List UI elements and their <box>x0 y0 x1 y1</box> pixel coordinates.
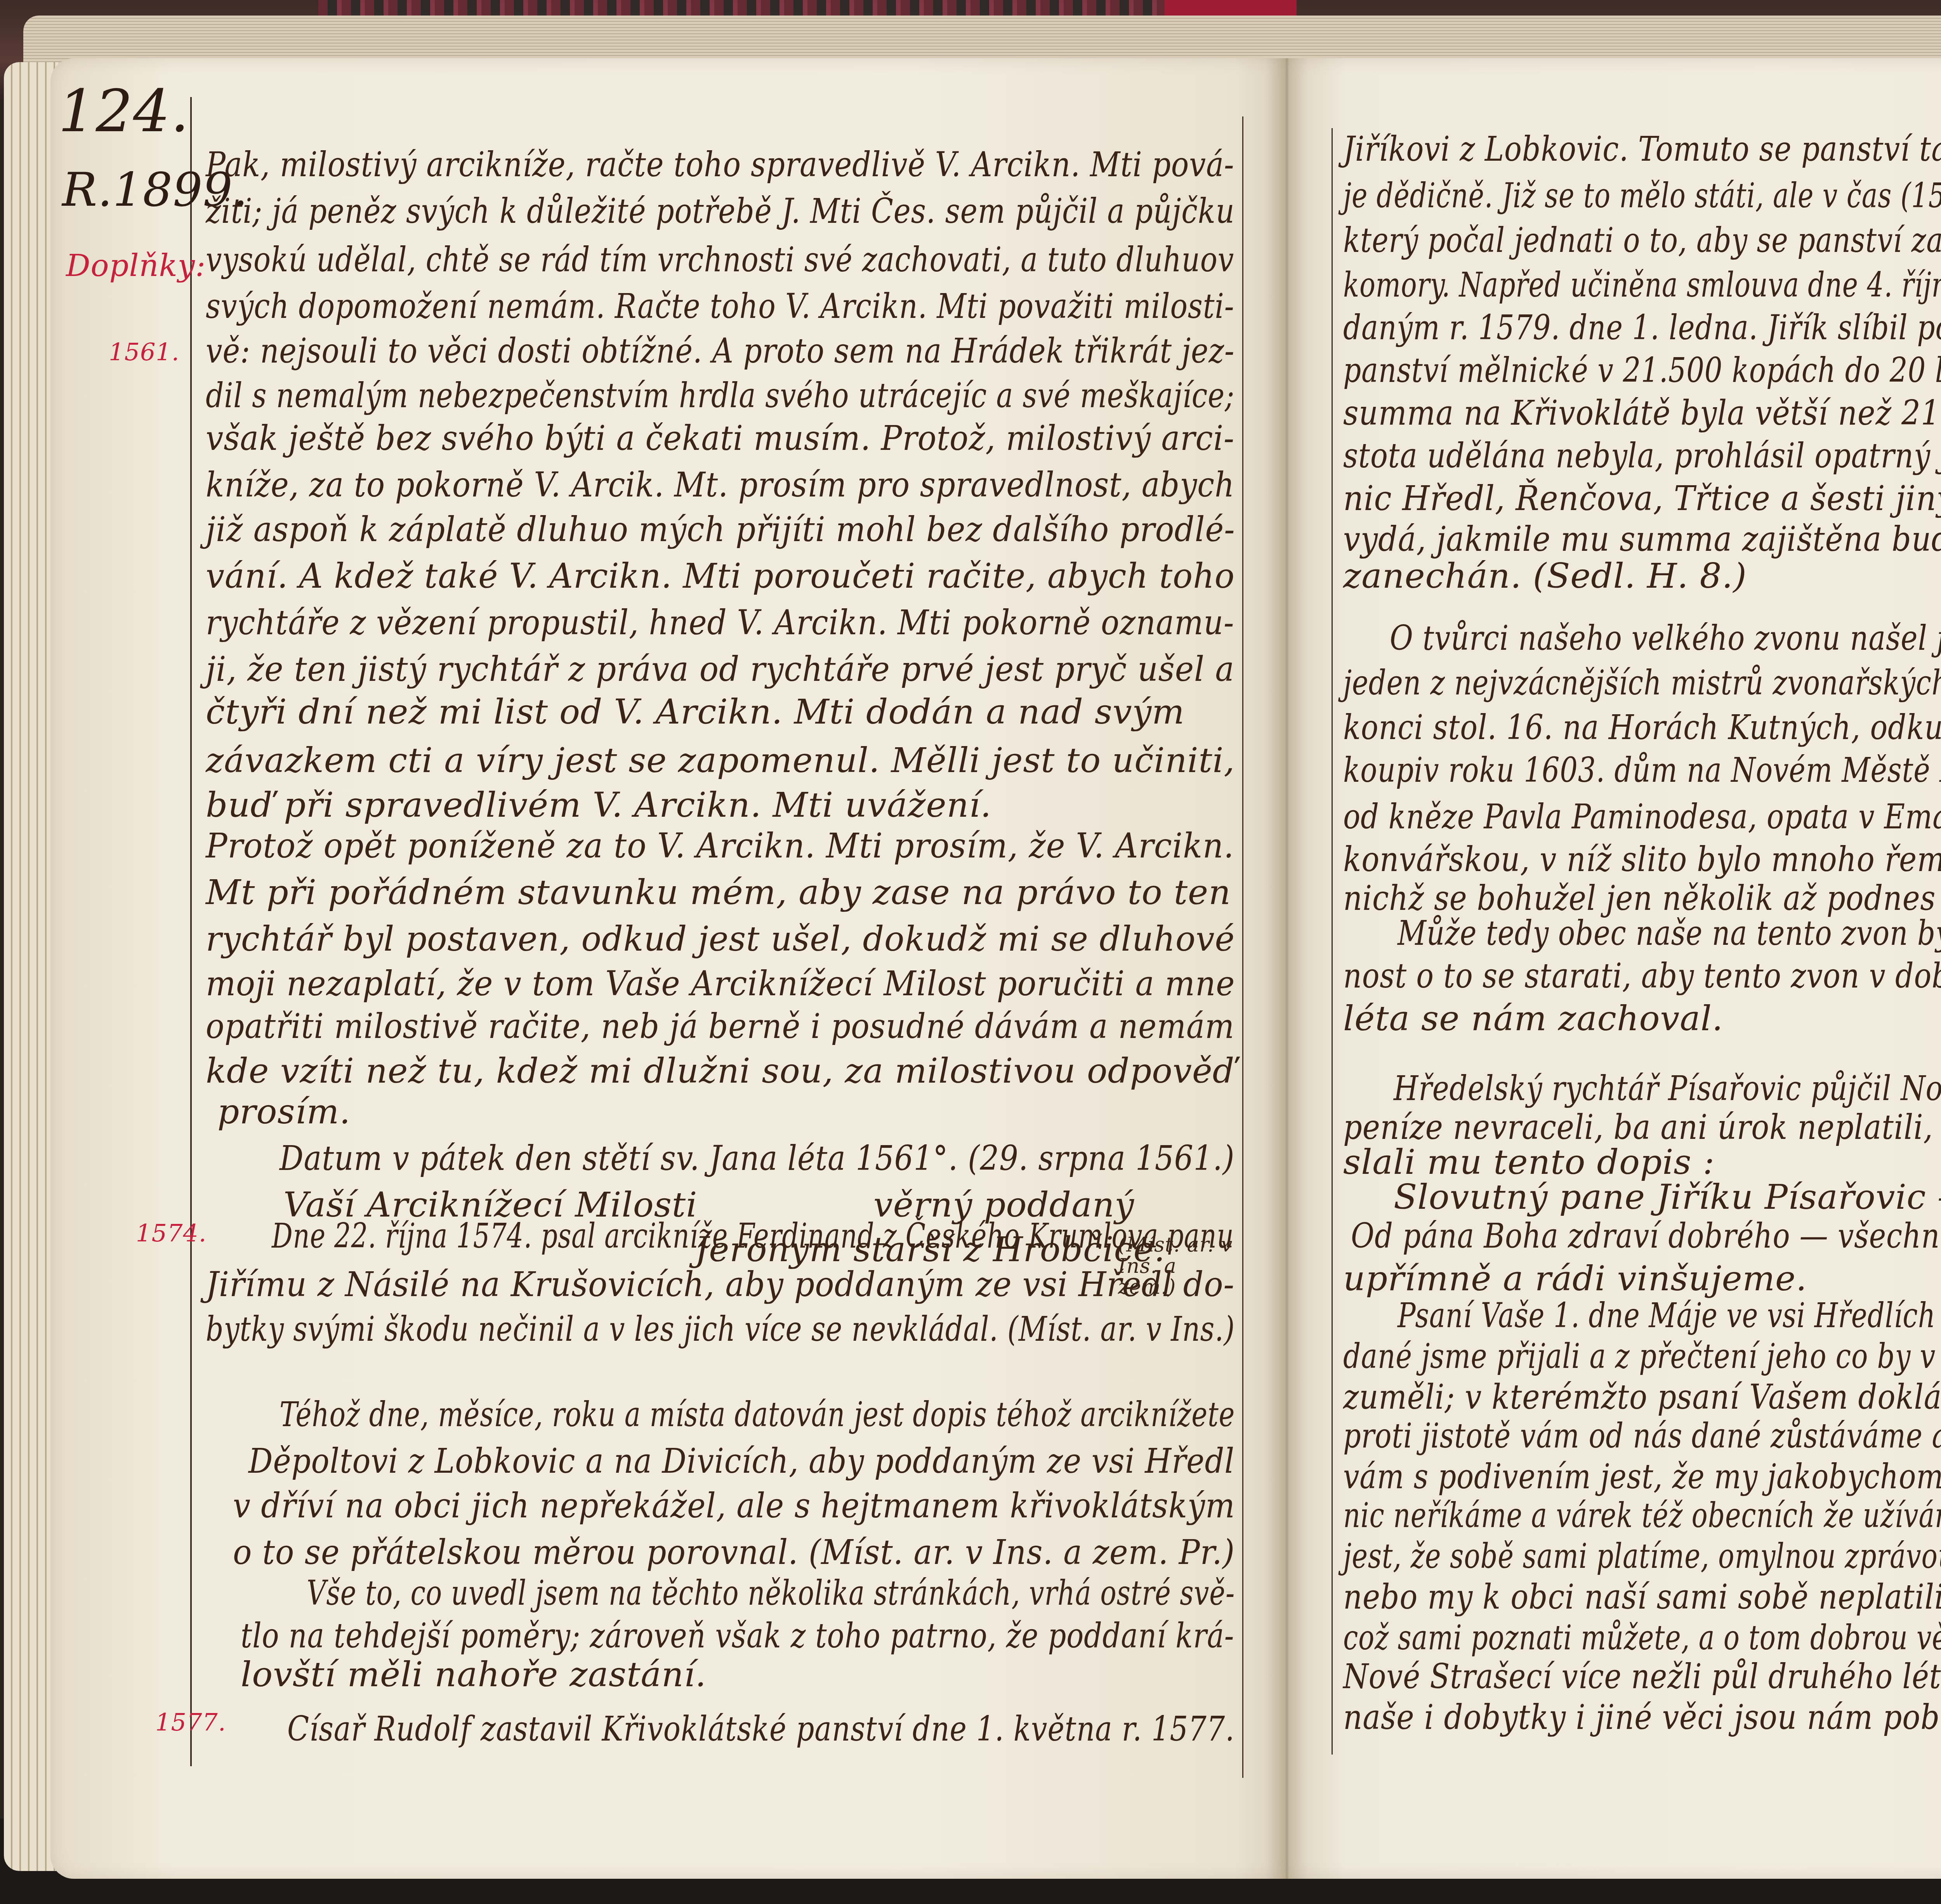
text-line: Dne 22. října 1574. psal arcikníže Ferdi… <box>272 1219 1234 1253</box>
text-line: upřímně a rádi vinšujeme. <box>1343 1262 1807 1296</box>
section-label-left: Doplňky: <box>66 248 206 283</box>
text-line: od kněze Pavla Paminodesa, opata v Emauz… <box>1343 800 1941 834</box>
text-line: je dědičně. Již se to mělo státi, ale v … <box>1343 179 1941 213</box>
text-line: Vše to, co uvedl jsem na těchto několika… <box>307 1576 1235 1610</box>
text-line: peníze nevraceli, ba ani úrok neplatili,… <box>1343 1110 1941 1144</box>
right-page-left-rule <box>1332 128 1333 1755</box>
text-line: ji, že ten jistý rychtář z práva od rych… <box>206 652 1234 686</box>
text-line: rychtář byl postaven, odkud jest ušel, d… <box>206 922 1235 956</box>
text-line: lovští měli nahoře zastání. <box>241 1658 707 1692</box>
text-line: summa na Křivoklátě byla větší než 21.50… <box>1343 396 1941 430</box>
text-line: Protož opět poníženě za to V. Arcikn. Mt… <box>206 829 1234 863</box>
text-line: léta se nám zachoval. <box>1343 1001 1723 1036</box>
margin-year-1577: 1577. <box>155 1708 226 1736</box>
text-line: Nové Strašecí více nežli půl druhého lét… <box>1343 1659 1941 1694</box>
text-line: nost o to se starati, aby tento zvon v d… <box>1343 959 1941 993</box>
text-line: svých dopomožení nemám. Račte toho V. Ar… <box>206 289 1234 323</box>
text-line: stota udělána nebyla, prohlásil opatrný … <box>1343 439 1941 473</box>
text-line: Mt při pořádném stavunku mém, aby zase n… <box>206 875 1231 909</box>
text-line: prosím. <box>217 1095 351 1129</box>
text-line: rychtáře z vězení propustil, hned V. Arc… <box>206 606 1234 640</box>
text-line: což sami poznati můžete, a o tom dobrou … <box>1343 1621 1941 1655</box>
text-line: Hředelský rychtář Písařovic půjčil Novos… <box>1394 1071 1941 1106</box>
text-line: slali mu tento dopis : <box>1343 1145 1715 1179</box>
text-line: však ještě bez svého býti a čekati musím… <box>206 421 1234 455</box>
text-line: koupiv roku 1603. dům na Novém Městě Pra… <box>1343 753 1941 787</box>
text-line: Psaní Vaše 1. dne Máje ve vsi Hředlích d… <box>1398 1298 1941 1333</box>
text-line: dané jsme přijali a z přečtení jeho co b… <box>1343 1339 1941 1373</box>
text-line: Od pána Boha zdraví dobrého — všechno do… <box>1351 1219 1941 1253</box>
page-stack-left-edge <box>4 62 58 1871</box>
text-line: kníže, za to pokorně V. Arcik. Mt. prosí… <box>206 468 1234 502</box>
text-line: dil s nemalým nebezpečenstvím hrdla svéh… <box>206 378 1234 413</box>
text-line: opatřiti milostivě račite, neb já berně … <box>206 1009 1234 1043</box>
text-line: čtyři dní než mi list od V. Arcikn. Mti … <box>206 695 1185 729</box>
text-line: konvářskou, v níž slito bylo mnoho řemes… <box>1343 842 1941 876</box>
text-line: který počal jednati o to, aby se panství… <box>1343 223 1941 257</box>
page-number-left: 124. <box>58 78 189 145</box>
text-line: daným r. 1579. dne 1. ledna. Jiřík slíbi… <box>1343 311 1941 345</box>
text-line: Děpoltovi z Lobkovic a na Divicích, aby … <box>248 1444 1234 1478</box>
text-line: Téhož dne, měsíce, roku a místa datován … <box>280 1397 1235 1432</box>
text-line: bytky svými škodu nečinil a v les jich v… <box>206 1312 1235 1346</box>
text-line: moji nezaplatí, že v tom Vaše Arciknížec… <box>206 967 1235 1001</box>
text-line: buď při spravedlivém V. Arcikn. Mti uváž… <box>206 788 991 822</box>
text-line: Jiřímu z Násilé na Krušovicích, aby podd… <box>206 1267 1234 1302</box>
text-line: žiti; já peněz svých k důležité potřebě … <box>206 194 1235 228</box>
text-line: Pak, milostivý arcikníže, račte toho spr… <box>206 148 1234 182</box>
text-line: jest, že sobě sami platíme, omylnou zprá… <box>1343 1539 1941 1573</box>
text-line: Slovutný pane Jiříku Písařovic — příteli… <box>1394 1180 1941 1214</box>
text-line: konci stol. 16. na Horách Kutných, odkud… <box>1343 710 1941 745</box>
book-gutter <box>1266 58 1308 1879</box>
margin-year-1574: 1574. <box>136 1219 207 1247</box>
text-line: panství mělnické v 21.500 kopách do 20 l… <box>1343 353 1941 387</box>
margin-year-1561: 1561. <box>109 338 180 366</box>
text-line: v dříví na obci jich nepřekážel, ale s h… <box>233 1489 1235 1523</box>
left-margin-rule <box>190 97 192 1766</box>
text-line: vání. A kdež také V. Arcikn. Mti porouče… <box>206 559 1235 593</box>
text-line: vydá, jakmile mu summa zajištěna bude, p… <box>1343 522 1941 556</box>
text-line: zanechán. (Sedl. H. 8.) <box>1343 559 1747 593</box>
date-line: Datum v pátek den stětí sv. Jana léta 15… <box>280 1141 1234 1175</box>
text-line: o to se přátelskou měrou porovnal. (Míst… <box>233 1535 1235 1569</box>
text-line: nebo my k obci naší sami sobě neplatili … <box>1343 1580 1941 1614</box>
text-line: kde vzíti než tu, kdež mi dlužni sou, za… <box>206 1054 1234 1088</box>
text-line: již aspoň k záplatě dluhuo mých přijíti … <box>206 512 1235 547</box>
text-line: vě: nejsouli to věci dosti obtížné. A pr… <box>206 334 1234 368</box>
text-line: nic neříkáme a várek též obecních že uží… <box>1343 1498 1941 1533</box>
text-line: závazkem cti a víry jest se zapomenul. M… <box>206 743 1235 778</box>
text-line: vám s podivením jest, že my jakobychom v… <box>1343 1460 1941 1494</box>
text-line: naše i dobytky i jiné věci jsou nám pobr… <box>1343 1700 1941 1734</box>
text-line: tlo na tehdejší poměry; zároveň však z t… <box>241 1619 1234 1653</box>
text-line: zuměli; v kterémžto psaní Vašem dokládát… <box>1343 1380 1941 1414</box>
text-line: jeden z nejvzácnějších mistrů zvonařskýc… <box>1343 666 1941 700</box>
text-line: proti jistotě vám od nás dané zůstáváme … <box>1343 1419 1941 1453</box>
text-line: nic Hředl, Řenčova, Třtice a šesti jinýc… <box>1343 481 1941 515</box>
left-page-right-rule <box>1242 116 1243 1778</box>
text-line: Jiříkovi z Lobkovic. Tomuto se panství t… <box>1343 132 1941 166</box>
text-line: vysokú udělal, chtě se rád tím vrchnosti… <box>206 243 1234 277</box>
text-line: nichž se bohužel jen několik až podnes z… <box>1343 881 1941 915</box>
text-line: komory. Napřed učiněna smlouva dne 4. ří… <box>1343 268 1941 302</box>
text-line: Císař Rudolf zastavil Křivoklátské panst… <box>287 1712 1234 1746</box>
text-line: Může tedy obec naše na tento zvon býti h… <box>1398 916 1941 950</box>
text-line: O tvůrci našeho velkého zvonu našel jsem… <box>1390 621 1941 655</box>
